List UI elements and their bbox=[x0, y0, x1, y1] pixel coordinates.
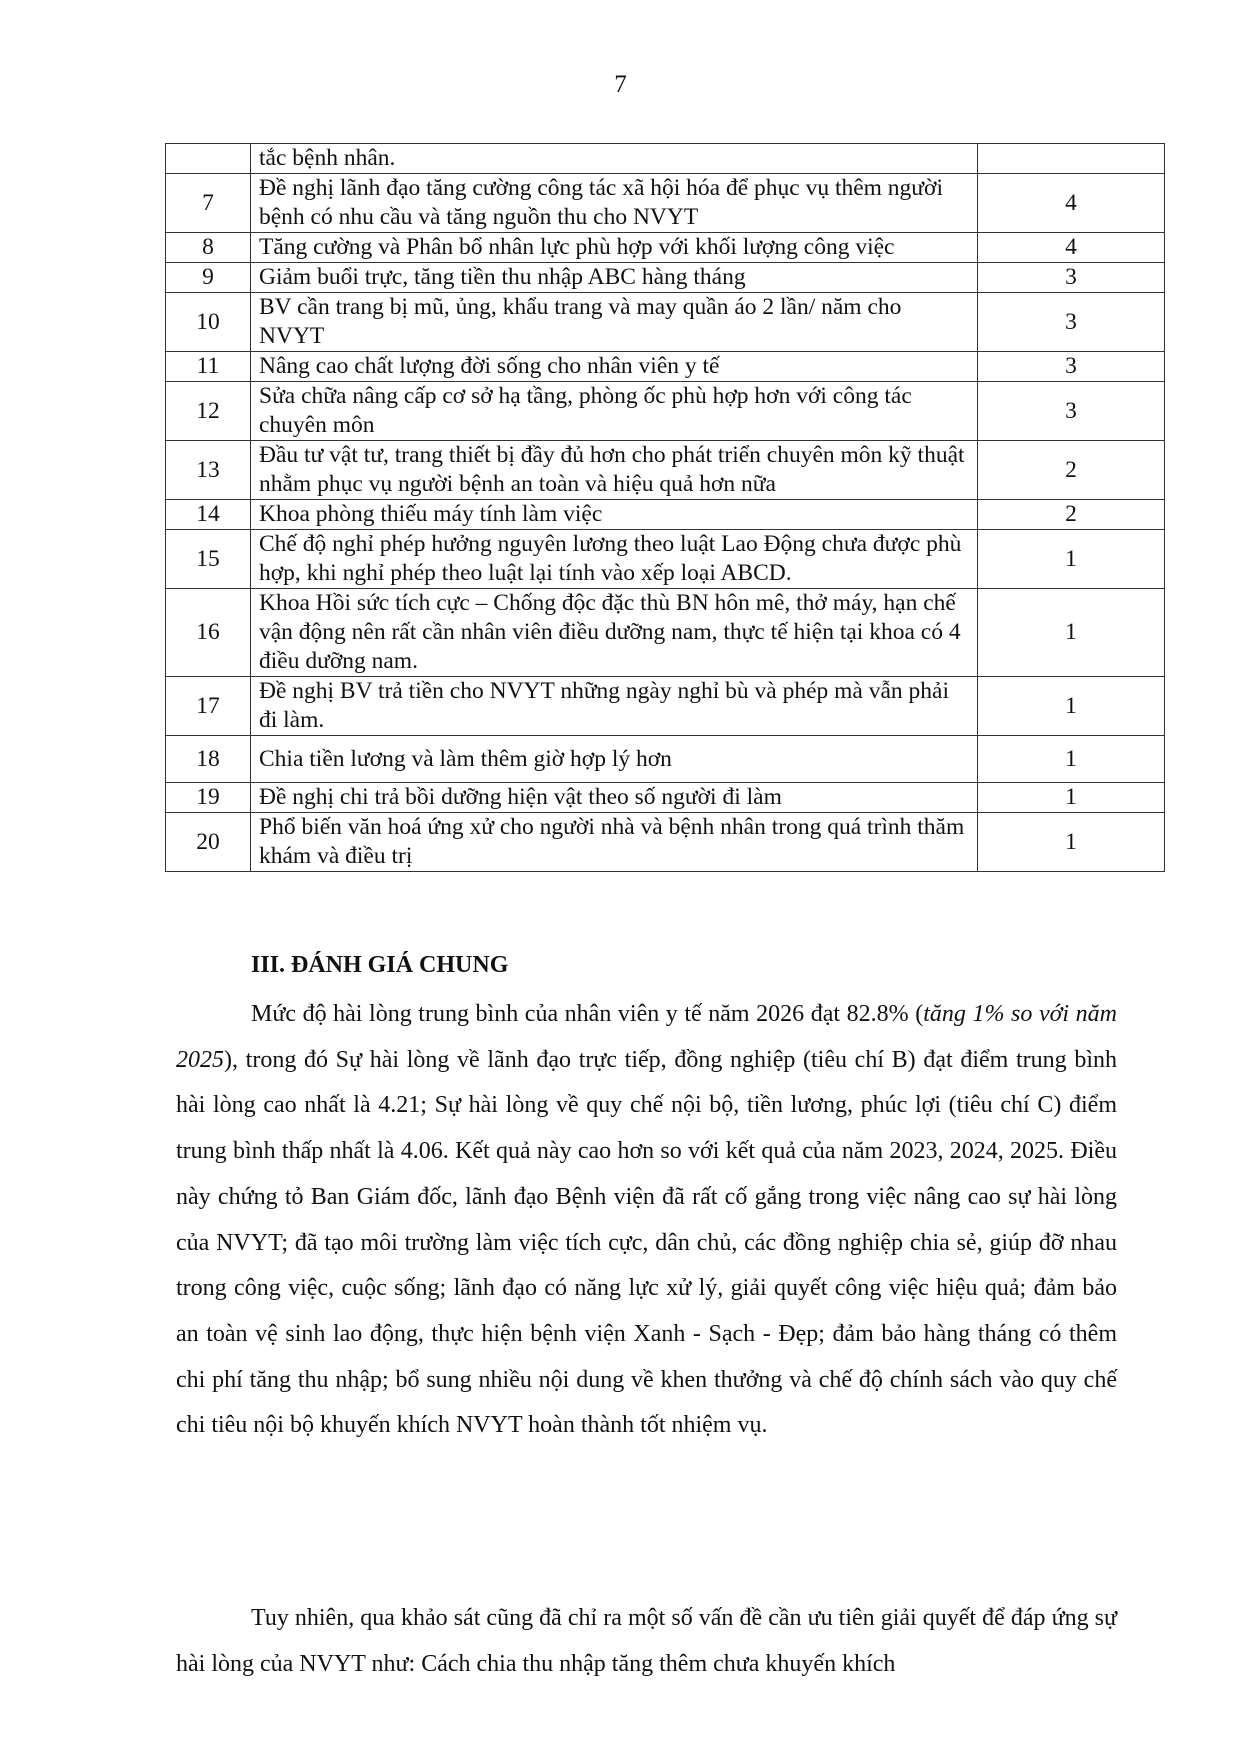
row-count: 1 bbox=[978, 783, 1165, 813]
table-row: 7Đề nghị lãnh đạo tăng cường công tác xã… bbox=[166, 174, 1165, 233]
row-proposal: Đầu tư vật tư, trang thiết bị đầy đủ hơn… bbox=[251, 441, 978, 500]
paragraph-text: ), trong đó Sự hài lòng về lãnh đạo trực… bbox=[176, 1047, 1117, 1439]
row-count: 4 bbox=[978, 233, 1165, 263]
row-number: 18 bbox=[166, 736, 251, 783]
row-proposal: BV cần trang bị mũ, ủng, khẩu trang và m… bbox=[251, 293, 978, 352]
table-row: 19Đề nghị chi trả bồi dưỡng hiện vật the… bbox=[166, 783, 1165, 813]
row-count bbox=[978, 144, 1165, 174]
table-row: tắc bệnh nhân. bbox=[166, 144, 1165, 174]
row-proposal: Sửa chữa nâng cấp cơ sở hạ tầng, phòng ố… bbox=[251, 382, 978, 441]
row-number: 14 bbox=[166, 500, 251, 530]
row-proposal: tắc bệnh nhân. bbox=[251, 144, 978, 174]
row-count: 3 bbox=[978, 352, 1165, 382]
row-number: 8 bbox=[166, 233, 251, 263]
row-number: 16 bbox=[166, 589, 251, 677]
table-row: 16Khoa Hồi sức tích cực – Chống độc đặc … bbox=[166, 589, 1165, 677]
row-number: 20 bbox=[166, 813, 251, 872]
row-count: 1 bbox=[978, 530, 1165, 589]
row-count: 2 bbox=[978, 500, 1165, 530]
row-number: 19 bbox=[166, 783, 251, 813]
table-row: 17Đề nghị BV trả tiền cho NVYT những ngà… bbox=[166, 677, 1165, 736]
row-proposal: Chia tiền lương và làm thêm giờ hợp lý h… bbox=[251, 736, 978, 783]
row-count: 3 bbox=[978, 263, 1165, 293]
row-proposal: Khoa phòng thiếu máy tính làm việc bbox=[251, 500, 978, 530]
row-count: 1 bbox=[978, 677, 1165, 736]
row-proposal: Đề nghị chi trả bồi dưỡng hiện vật theo … bbox=[251, 783, 978, 813]
row-proposal: Đề nghị BV trả tiền cho NVYT những ngày … bbox=[251, 677, 978, 736]
row-proposal: Chế độ nghỉ phép hưởng nguyên lương theo… bbox=[251, 530, 978, 589]
row-number: 10 bbox=[166, 293, 251, 352]
table-row: 11Nâng cao chất lượng đời sống cho nhân … bbox=[166, 352, 1165, 382]
table-row: 20Phổ biến văn hoá ứng xử cho người nhà … bbox=[166, 813, 1165, 872]
table-row: 8Tăng cường và Phân bổ nhân lực phù hợp … bbox=[166, 233, 1165, 263]
paragraph-text: Mức độ hài lòng trung bình của nhân viên… bbox=[251, 1001, 923, 1027]
row-number: 17 bbox=[166, 677, 251, 736]
row-count: 1 bbox=[978, 813, 1165, 872]
table-row: 10BV cần trang bị mũ, ủng, khẩu trang và… bbox=[166, 293, 1165, 352]
table-row: 14Khoa phòng thiếu máy tính làm việc2 bbox=[166, 500, 1165, 530]
row-proposal: Khoa Hồi sức tích cực – Chống độc đặc th… bbox=[251, 589, 978, 677]
row-count: 3 bbox=[978, 293, 1165, 352]
row-proposal: Nâng cao chất lượng đời sống cho nhân vi… bbox=[251, 352, 978, 382]
section-heading: III. ĐÁNH GIÁ CHUNG bbox=[251, 950, 508, 980]
row-number: 12 bbox=[166, 382, 251, 441]
table-row: 18Chia tiền lương và làm thêm giờ hợp lý… bbox=[166, 736, 1165, 783]
row-proposal: Phổ biến văn hoá ứng xử cho người nhà và… bbox=[251, 813, 978, 872]
table-row: 15Chế độ nghỉ phép hưởng nguyên lương th… bbox=[166, 530, 1165, 589]
paragraph-general-assessment: Mức độ hài lòng trung bình của nhân viên… bbox=[176, 992, 1117, 1449]
table-row: 12Sửa chữa nâng cấp cơ sở hạ tầng, phòng… bbox=[166, 382, 1165, 441]
row-count: 1 bbox=[978, 736, 1165, 783]
row-number bbox=[166, 144, 251, 174]
row-count: 4 bbox=[978, 174, 1165, 233]
row-count: 1 bbox=[978, 589, 1165, 677]
page-number: 7 bbox=[0, 70, 1241, 100]
row-proposal: Tăng cường và Phân bổ nhân lực phù hợp v… bbox=[251, 233, 978, 263]
row-proposal: Đề nghị lãnh đạo tăng cường công tác xã … bbox=[251, 174, 978, 233]
row-count: 2 bbox=[978, 441, 1165, 500]
row-number: 7 bbox=[166, 174, 251, 233]
row-count: 3 bbox=[978, 382, 1165, 441]
row-number: 9 bbox=[166, 263, 251, 293]
row-number: 11 bbox=[166, 352, 251, 382]
table-row: 9Giảm buổi trực, tăng tiền thu nhập ABC … bbox=[166, 263, 1165, 293]
paragraph-issues: Tuy nhiên, qua khảo sát cũng đã chỉ ra m… bbox=[176, 1596, 1117, 1687]
proposals-table: tắc bệnh nhân.7Đề nghị lãnh đạo tăng cườ… bbox=[165, 143, 1165, 872]
row-number: 15 bbox=[166, 530, 251, 589]
row-proposal: Giảm buổi trực, tăng tiền thu nhập ABC h… bbox=[251, 263, 978, 293]
row-number: 13 bbox=[166, 441, 251, 500]
table-row: 13Đầu tư vật tư, trang thiết bị đầy đủ h… bbox=[166, 441, 1165, 500]
